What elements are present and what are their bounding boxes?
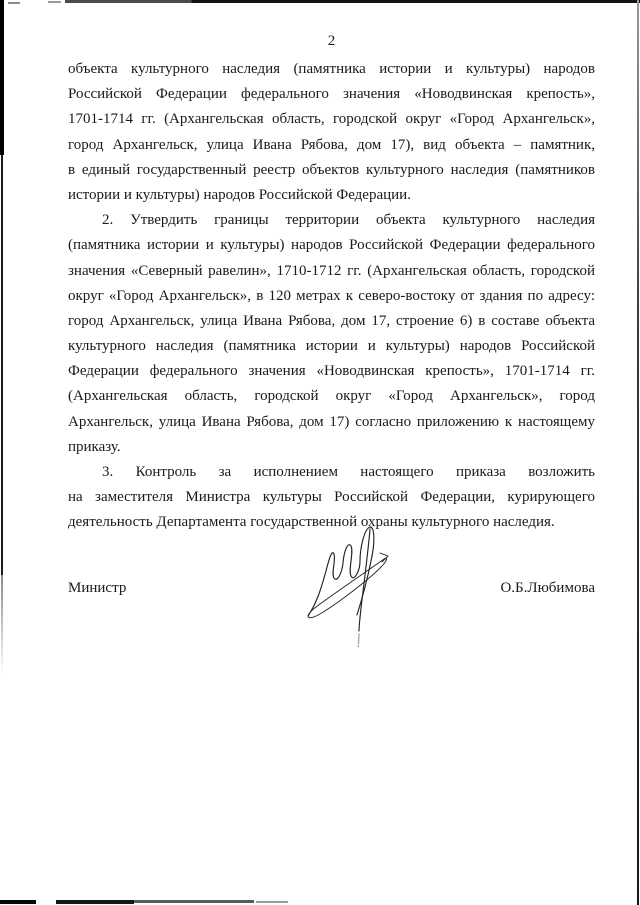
scan-edge-left: [1, 575, 3, 675]
text-line: 2. Утвердить границы территории объекта …: [68, 208, 595, 233]
scan-edge-top: [48, 1, 61, 3]
page-number: 2: [68, 33, 595, 50]
signature-autograph-icon: [296, 523, 400, 647]
text-line: истории и культуры) народов Российской Ф…: [68, 183, 595, 208]
scan-edge-top: [65, 0, 640, 3]
text-line: 1701-1714 гг. (Архангельская область, го…: [68, 107, 595, 132]
text-line: Архангельск, улица Ивана Рябова, дом 17)…: [68, 410, 595, 435]
text-line: Федерации федерального значения «Новодви…: [68, 359, 595, 384]
text-line: приказу.: [68, 435, 595, 460]
text-line: (Архангельская область, городской округ …: [68, 384, 595, 409]
text-line: на заместителя Министра культуры Российс…: [68, 485, 595, 510]
scan-edge-left: [1, 155, 3, 575]
signer-name: О.Б.Любимова: [500, 578, 595, 598]
scan-edge-bottom: [0, 900, 36, 904]
text-line: город Архангельск, улица Ивана Рябова, д…: [68, 133, 595, 158]
text-line: объекта культурного наследия (памятника …: [68, 57, 595, 82]
text-line: Российской Федерации федерального значен…: [68, 82, 595, 107]
text-line: округ «Город Архангельск», в 120 метрах …: [68, 284, 595, 309]
scan-edge-top: [8, 2, 20, 4]
text-line: в единый государственный реестр объектов…: [68, 158, 595, 183]
document-page: 2 объекта культурного наследия (памятник…: [0, 0, 640, 905]
document-body: объекта культурного наследия (памятника …: [68, 57, 595, 536]
scan-edge-right: [637, 0, 639, 905]
text-line: культурного наследия (памятника истории …: [68, 334, 595, 359]
text-line: 3. Контроль за исполнением настоящего пр…: [68, 460, 595, 485]
scan-edge-bottom: [256, 901, 288, 903]
scan-edge-bottom: [56, 900, 134, 904]
text-line: значения «Северный равелин», 1710-1712 г…: [68, 259, 595, 284]
signer-title: Министр: [68, 578, 126, 598]
text-line: (памятника истории и культуры) народов Р…: [68, 233, 595, 258]
text-line: город Архангельск, улица Ивана Рябова, д…: [68, 309, 595, 334]
scan-edge-bottom: [134, 900, 254, 903]
scan-edge-left: [0, 0, 4, 155]
